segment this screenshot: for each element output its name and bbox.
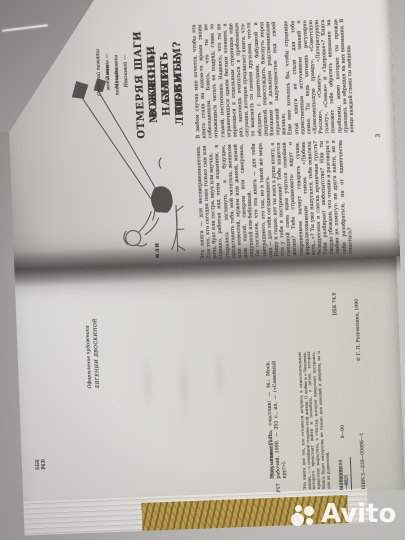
copyright-line: © Г. П. Разумихина, 1990 — [355, 299, 362, 362]
print-index-suffix: 8—90 — [341, 425, 346, 438]
body-text-column-right: В любом случае мне хочется, чтобы эта кн… — [191, 17, 389, 138]
catalog-entry: Будь, пожалуйста, счастлив! — М.: Моск. … — [266, 360, 288, 493]
author-sign: Р17 — [42, 460, 48, 470]
bbk-code-right: ББК 74.9 — [332, 292, 338, 315]
chapter-title-line: или — [152, 242, 162, 258]
chapter-title-line: БЫТЬ ЛЮБИМЫМ? — [157, 25, 187, 142]
avito-logo-icon — [290, 502, 320, 532]
print-index-denominator: М172(03)—90 — [339, 467, 351, 490]
catalog-card: Разумихина Г. П. Р17 Будь, пожалуйста, с… — [266, 361, 271, 493]
artist-credit: Оформление художника ЕВГЕНИИ ДВОСКИНОЙ — [82, 267, 99, 510]
right-page-content: Светлой памяти моей мамы — Анны Михайлов… — [14, 0, 396, 269]
avito-watermark: Avito — [290, 498, 400, 538]
open-book: Светлой памяти моей мамы — Анны Михайлов… — [3, 0, 405, 535]
body-text-column-left: Эта книга — для несовершеннолетних. Для … — [196, 138, 394, 259]
artist-name: ЕВГЕНИИ ДВОСКИНОЙ — [92, 318, 102, 388]
book-photo: Светлой памяти моей мамы — Анны Михайлов… — [0, 0, 405, 540]
annotation: Эта книга для тех, кто готовится вступит… — [298, 351, 331, 490]
show-through-smudge — [121, 314, 246, 449]
left-page-content: ББК 74.9 Р17 Оформление художника ЕВГЕНИ… — [24, 255, 405, 512]
avito-watermark-text: Avito — [321, 499, 396, 529]
isbn: ISBN 5—239—00896—1 — [360, 433, 367, 490]
